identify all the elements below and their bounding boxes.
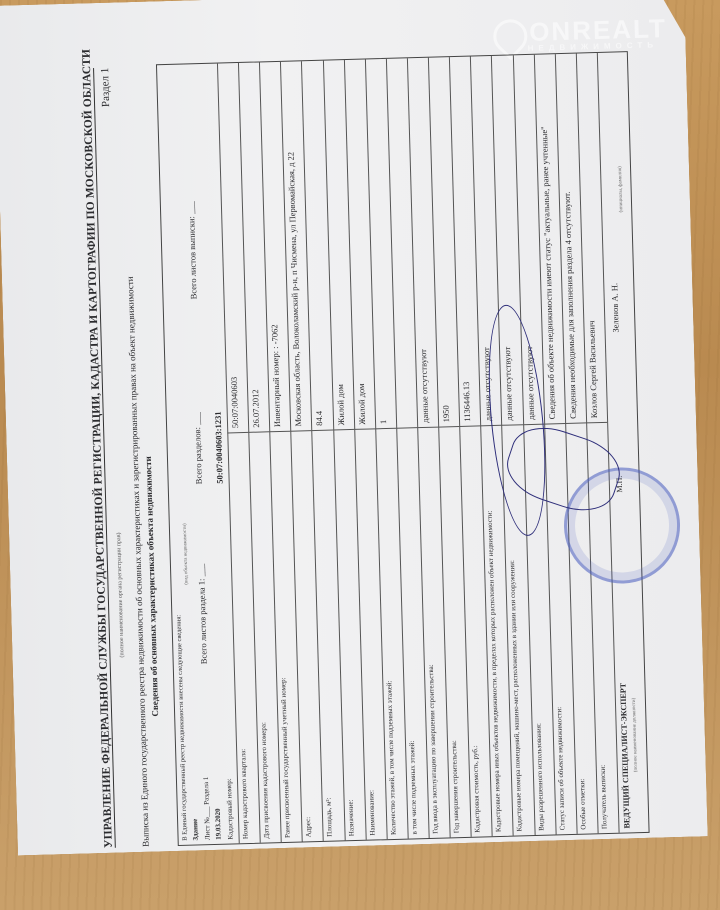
row-label: Получатель выписки: <box>599 765 609 829</box>
column-divider <box>354 428 375 430</box>
row-value: 1 <box>378 420 388 425</box>
row-label: Виды разрешенного использования: <box>534 723 545 831</box>
row-label: Назначение: <box>346 799 355 836</box>
row-value: Московская область, Волоколамский р-н, п… <box>286 152 304 427</box>
column-divider <box>438 426 459 428</box>
row-value: Сведения необходимые для заполнения разд… <box>561 191 577 419</box>
section-label: Раздел 1 <box>99 68 112 108</box>
row-value: Инвентарный номер: : -7062 <box>269 324 282 427</box>
document-paper: ONREALT НЕДВИЖИМОСТЬ УПРАВЛЕНИЕ ФЕДЕРАЛЬ… <box>0 0 708 855</box>
column-divider <box>333 429 354 431</box>
column-divider <box>269 431 290 433</box>
row-label: Адрес: <box>304 817 313 838</box>
row-label: Ранее присвоенный государственный учетны… <box>279 677 291 838</box>
row-value: Козлов Сергей Васильевич <box>586 321 599 419</box>
column-divider <box>312 430 333 432</box>
column-divider <box>417 427 438 429</box>
column-divider <box>227 432 248 434</box>
organization-caption: (полное наименование органа регистрации … <box>116 532 125 657</box>
row-value: 50:07:0040603 <box>229 377 240 429</box>
row-value: 1136446.13 <box>461 382 472 422</box>
column-divider <box>459 425 480 427</box>
column-divider <box>586 422 607 424</box>
column-divider <box>396 427 417 429</box>
column-divider <box>248 431 269 433</box>
row-label: Год ввода в эксплуатацию по завершении с… <box>427 664 440 834</box>
row-label: Количество этажей, в том числе подземных… <box>385 680 397 835</box>
row-label: Номер кадастрового квартала: <box>239 749 250 839</box>
row-value: 84.4 <box>314 411 324 426</box>
row-value: 1950 <box>441 405 451 422</box>
row-label: Кадастровая стоимость, руб.: <box>471 745 481 832</box>
row-label: Дата присвоения кадастрового номера: <box>259 722 270 839</box>
registry-extract: УПРАВЛЕНИЕ ФЕДЕРАЛЬНОЙ СЛУЖБЫ ГОСУДАРСТВ… <box>81 53 663 848</box>
row-label: Год завершения строительства: <box>450 740 461 833</box>
column-divider <box>544 423 565 425</box>
header: УПРАВЛЕНИЕ ФЕДЕРАЛЬНОЙ СЛУЖБЫ ГОСУДАРСТВ… <box>81 68 116 848</box>
column-divider <box>375 428 396 430</box>
row-value: 26.07.2012 <box>250 389 261 428</box>
row-label: Площадь, м²: <box>325 797 334 836</box>
row-label: Наименование: <box>367 790 376 836</box>
row-value: Жилой дом <box>335 384 346 425</box>
column-divider <box>291 430 312 432</box>
row-value: данные отсутствуют <box>418 349 430 423</box>
row-label: Статус записи об объекте недвижимости: <box>555 707 566 831</box>
watermark: ONREALT НЕДВИЖИМОСТЬ <box>495 13 668 54</box>
column-divider <box>565 422 586 424</box>
row-label: в том числе подземных этажей: <box>408 741 419 835</box>
row-label: Особые отметки: <box>578 779 587 830</box>
organization-name: УПРАВЛЕНИЕ ФЕДЕРАЛЬНОЙ СЛУЖБЫ ГОСУДАРСТВ… <box>81 68 115 848</box>
row-value: Жилой дом <box>356 383 367 424</box>
